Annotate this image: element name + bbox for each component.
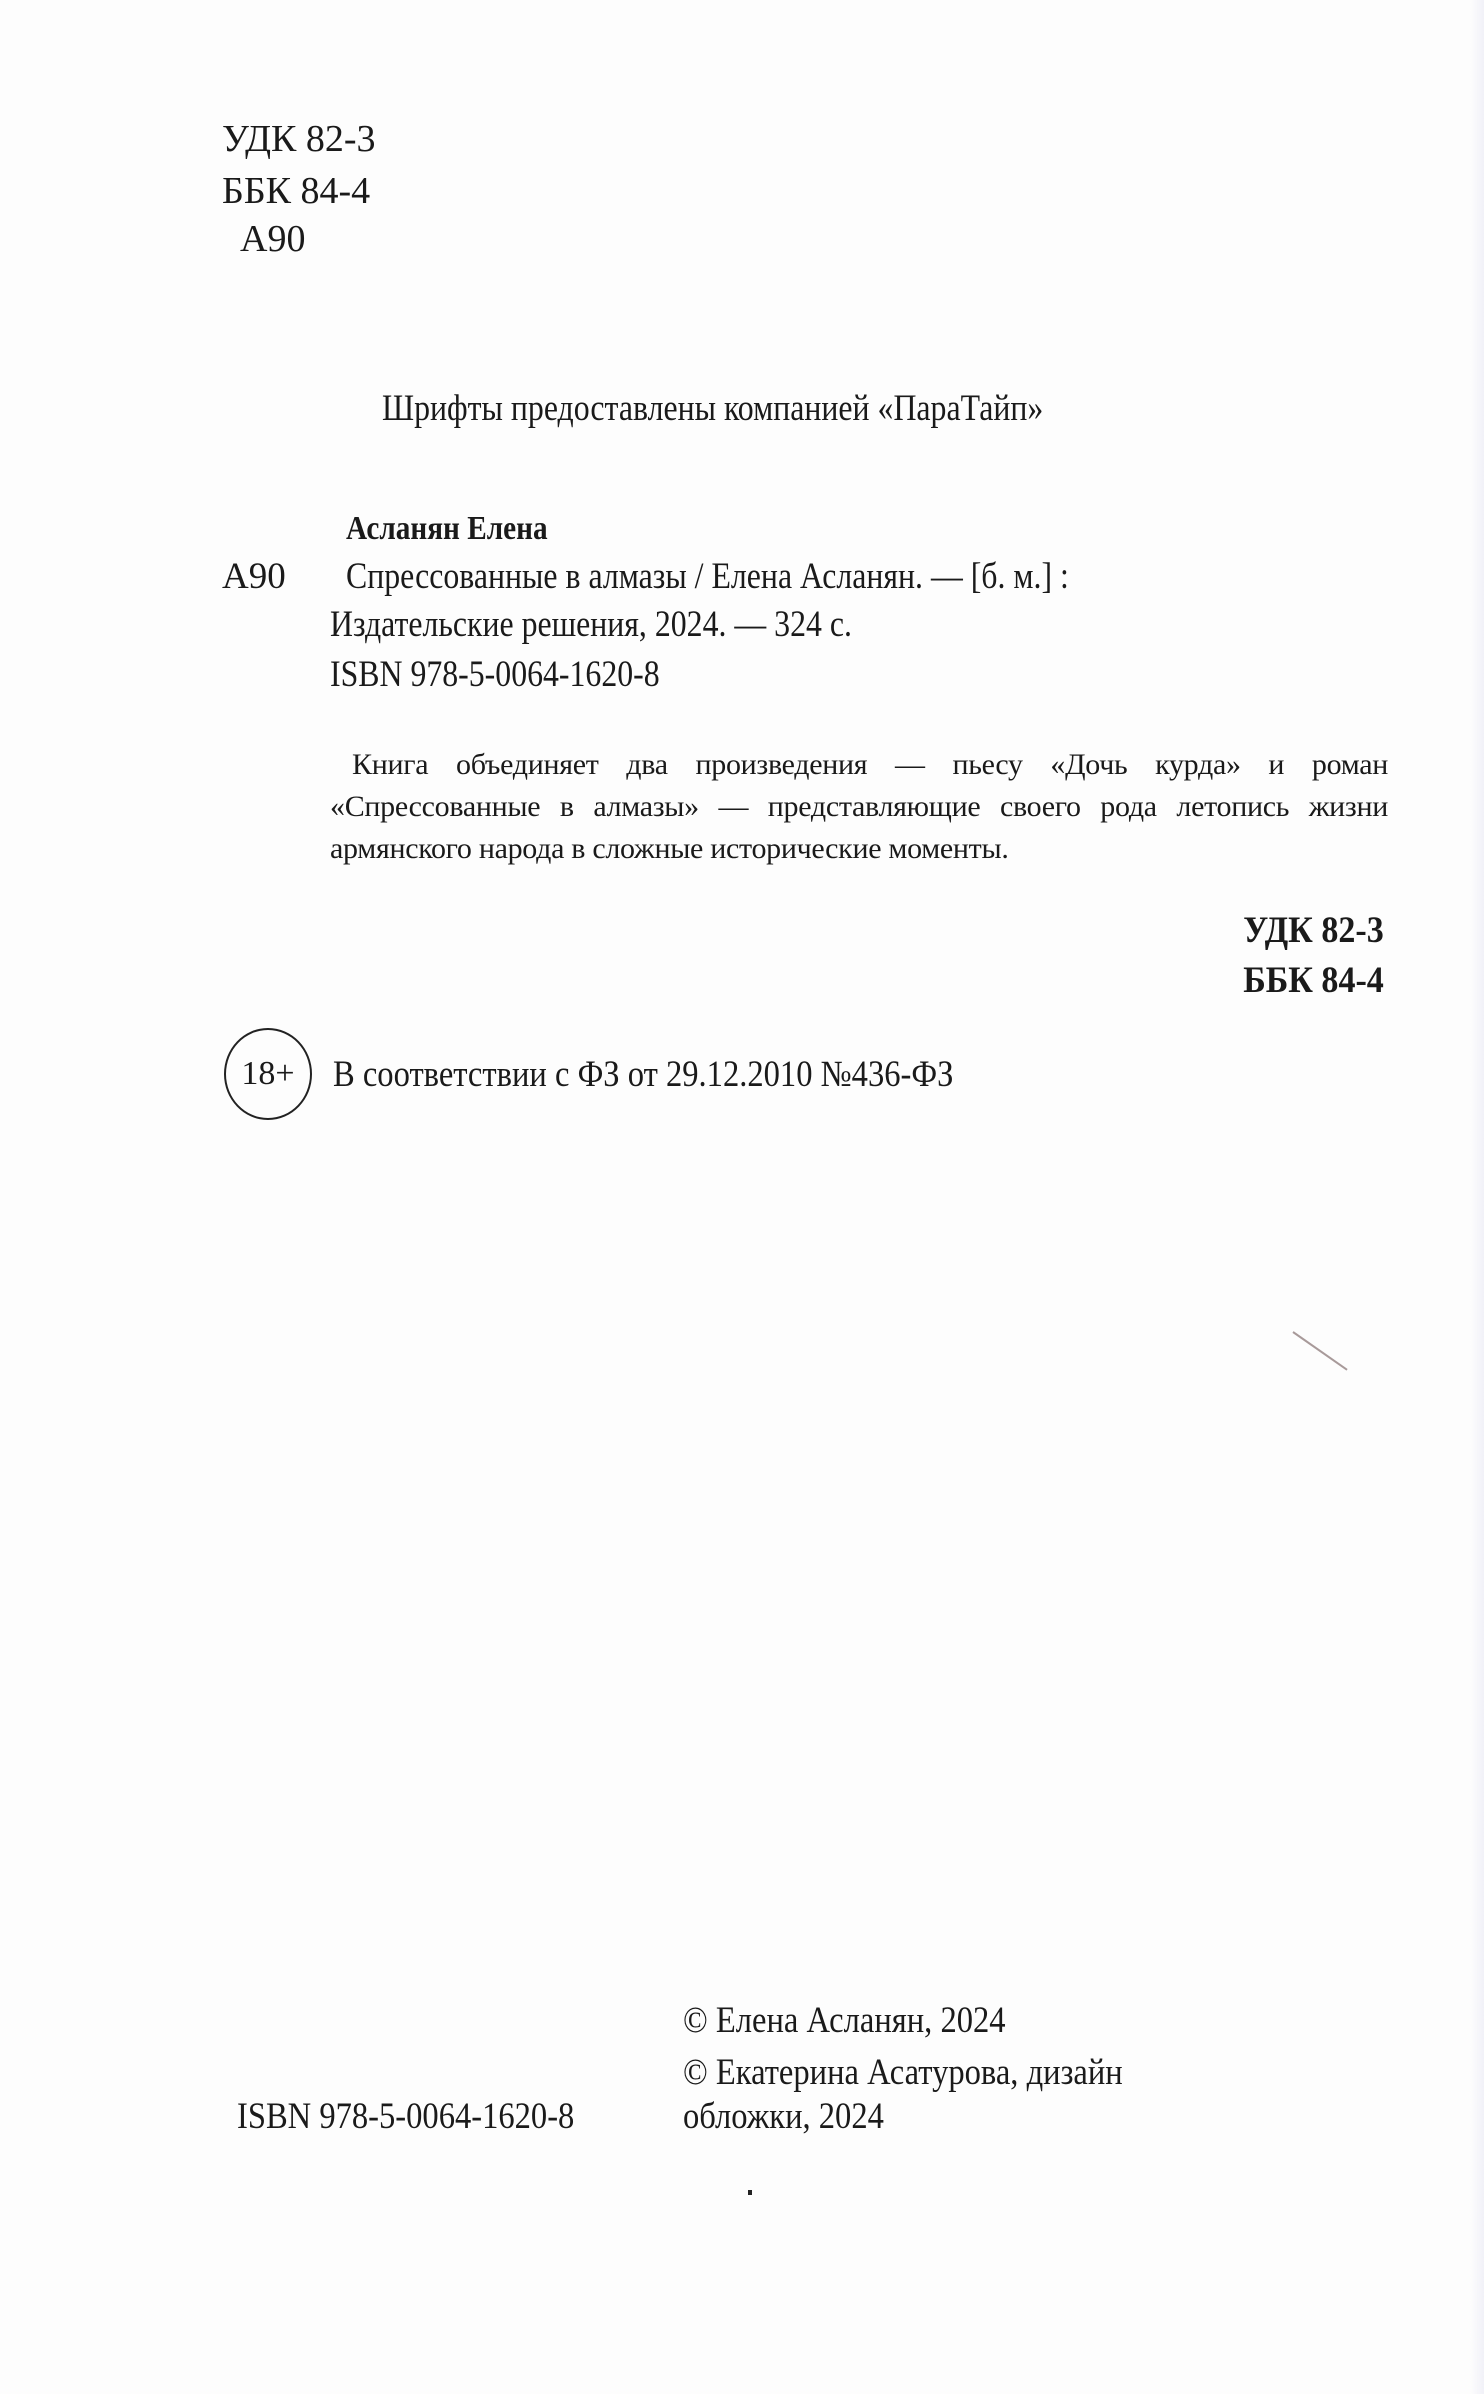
catalog-author-code: А90 xyxy=(222,558,286,595)
age-rating-law: В соответствии с ФЗ от 29.12.2010 №436-Ф… xyxy=(333,1056,1038,1093)
copyright-designer-cont: обложки, 2024 xyxy=(683,2098,911,2135)
page-edge-shadow xyxy=(1470,0,1484,2394)
bbk-code-right: ББК 84-4 xyxy=(1231,962,1384,999)
book-annotation: Книга объединяет два произведения — пьес… xyxy=(330,744,1388,870)
copyright-designer: © Екатерина Асатурова, дизайн xyxy=(683,2054,1183,2091)
copyright-author: © Елена Асланян, 2024 xyxy=(683,2002,1050,2039)
pencil-mark xyxy=(1292,1331,1347,1370)
catalog-title-line: Спрессованные в алмазы / Елена Асланян. … xyxy=(346,558,1187,595)
catalog-publisher-line: Издательские решения, 2024. — 324 с. xyxy=(330,606,937,643)
author-code-top: А90 xyxy=(240,220,305,258)
udk-code-right: УДК 82-3 xyxy=(1231,912,1384,949)
catalog-author: Асланян Елена xyxy=(346,512,580,546)
catalog-isbn-line: ISBN 978-5-0064-1620-8 xyxy=(330,656,713,693)
fonts-credit: Шрифты предоставлены компанией «ПараТайп… xyxy=(382,390,1151,427)
annotation-text: Книга объединяет два произведения — пьес… xyxy=(330,744,1388,870)
isbn-footer: ISBN 978-5-0064-1620-8 xyxy=(237,2098,620,2135)
age-rating-badge: 18+ xyxy=(224,1028,312,1120)
speck-mark xyxy=(748,2190,752,2195)
bbk-code-top: ББК 84-4 xyxy=(222,172,370,210)
udk-code-top: УДК 82-3 xyxy=(222,120,375,158)
